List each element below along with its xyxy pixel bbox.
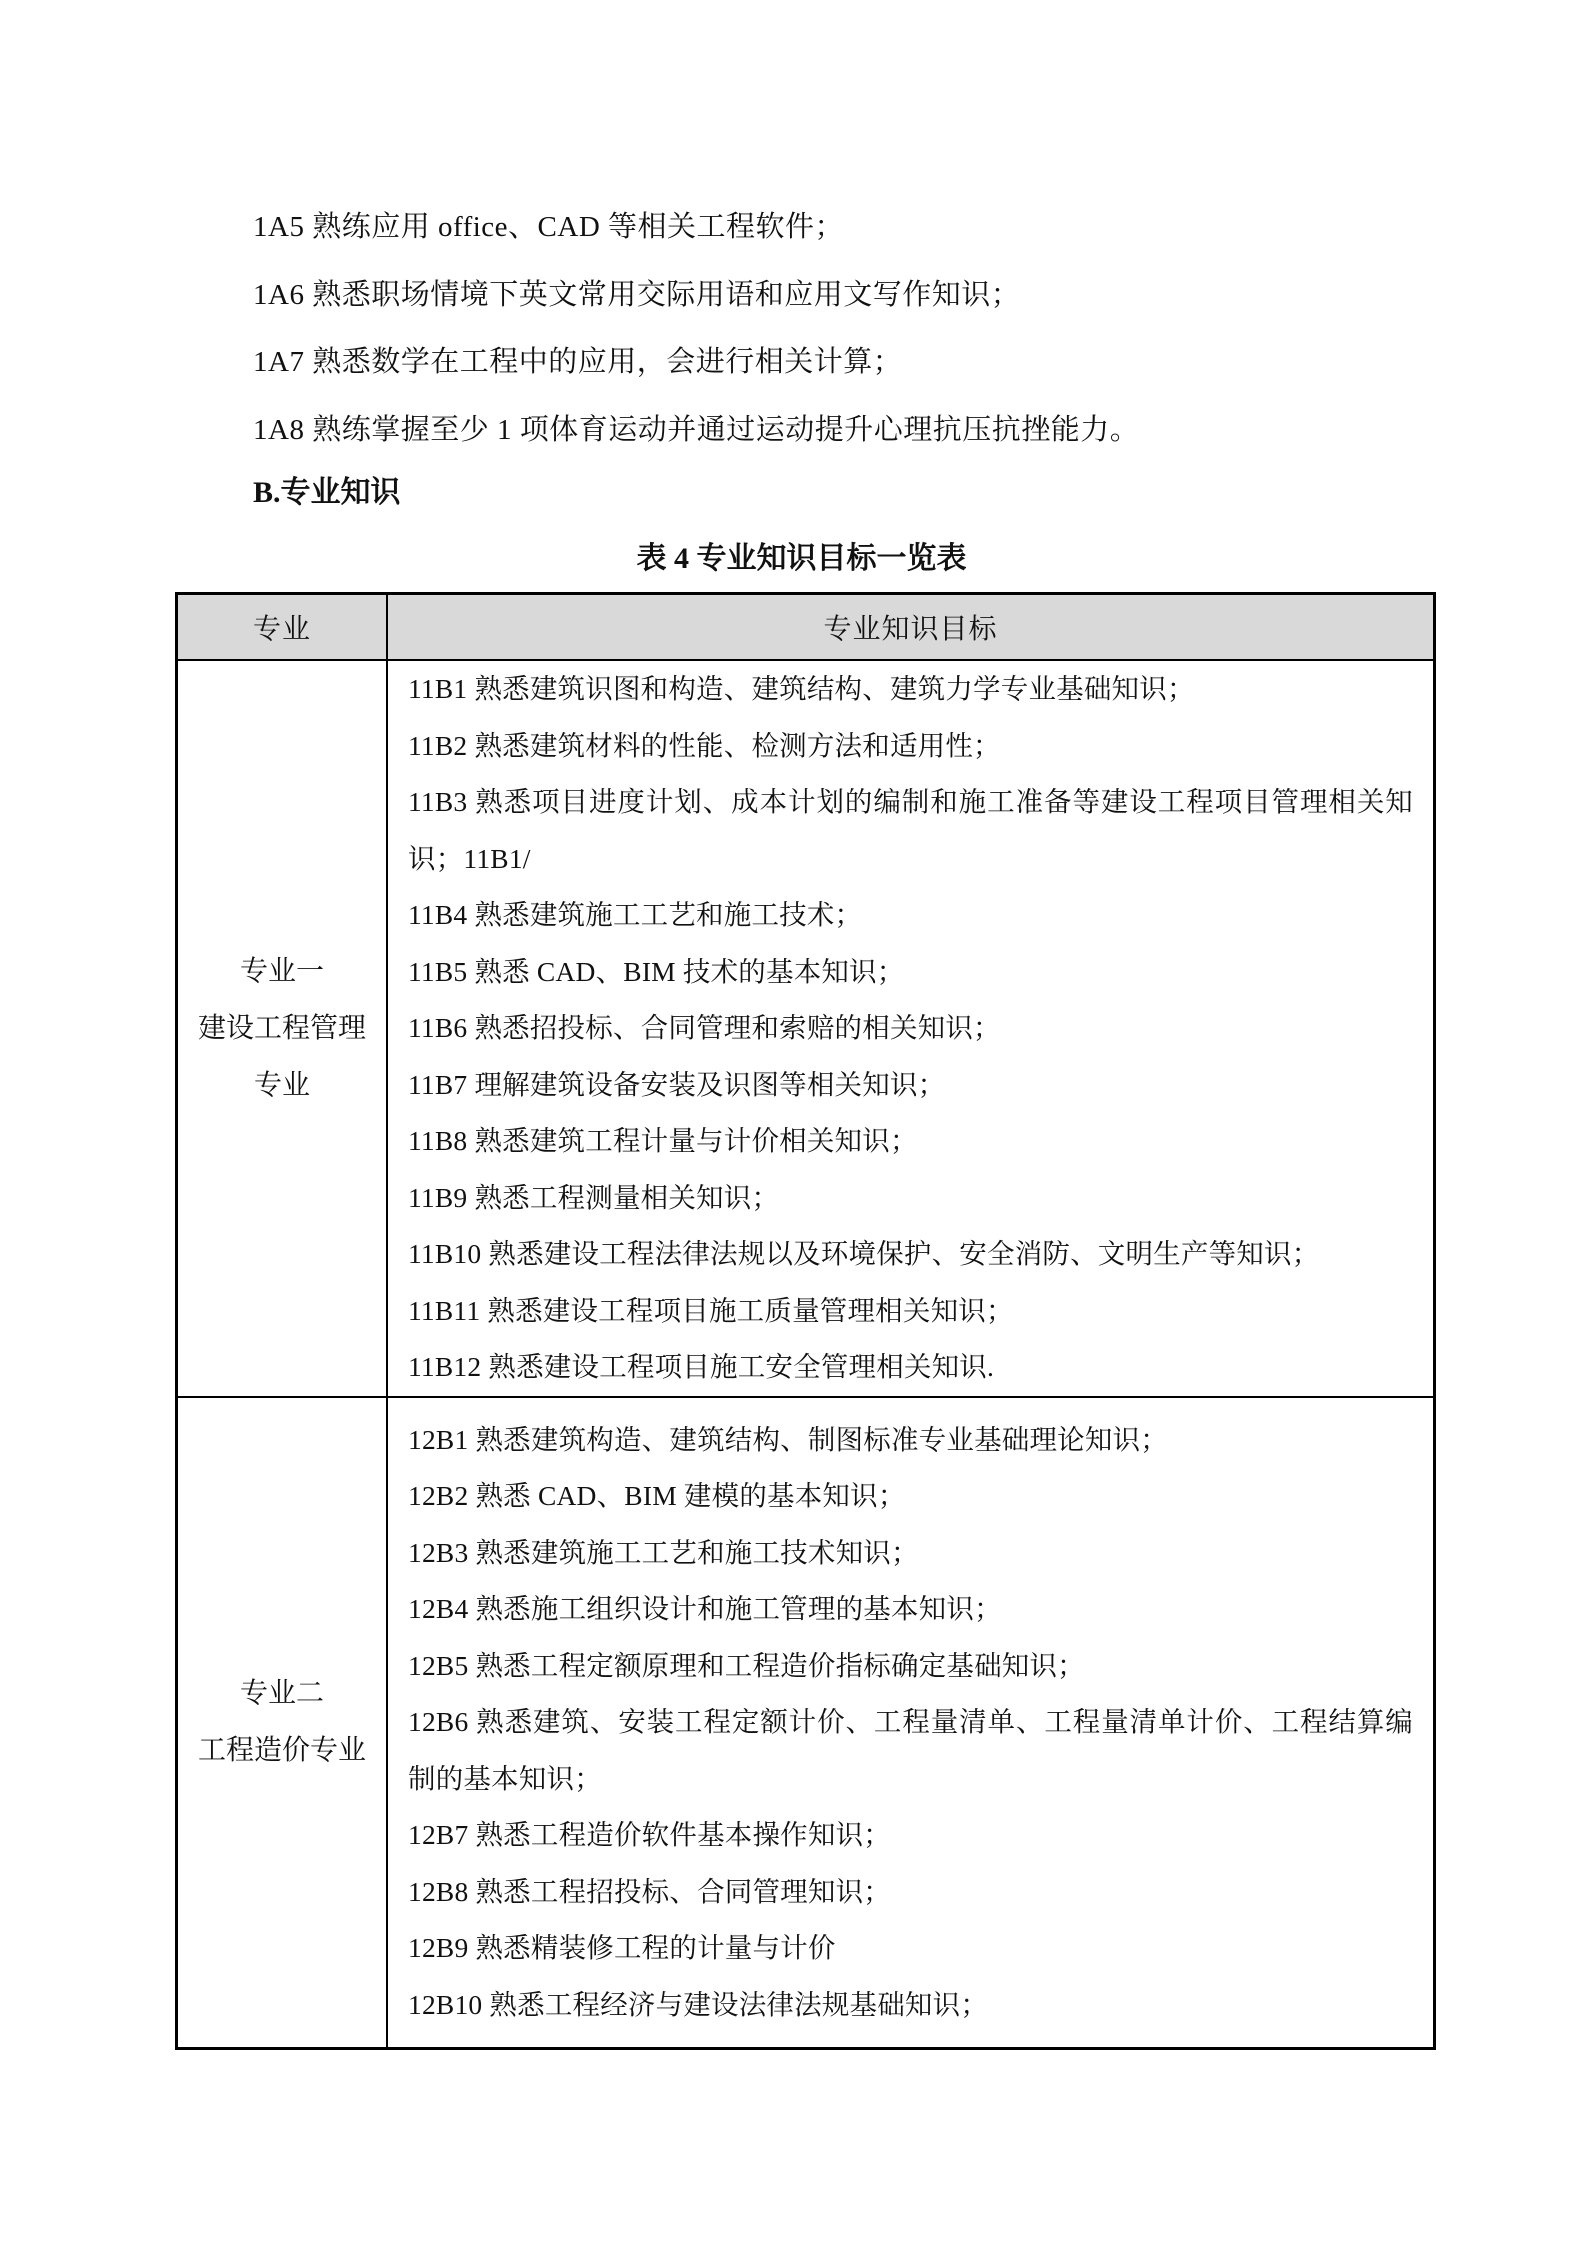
- paragraph-3: 1A7 熟悉数学在工程中的应用，会进行相关计算；: [253, 329, 1467, 397]
- objective-item: 12B7 熟悉工程造价软件基本操作知识；: [408, 1807, 1413, 1864]
- table-row-1: 专业一建设工程管理专业11B1 熟悉建筑识图和构造、建筑结构、建筑力学专业基础知…: [177, 660, 1435, 1397]
- table-body: 专业一建设工程管理专业11B1 熟悉建筑识图和构造、建筑结构、建筑力学专业基础知…: [177, 660, 1435, 2049]
- objective-item: 11B1 熟悉建筑识图和构造、建筑结构、建筑力学专业基础知识；: [408, 661, 1413, 718]
- objective-item: 11B3 熟悉项目进度计划、成本计划的编制和施工准备等建设工程项目管理相关知识；…: [408, 774, 1413, 887]
- objective-item: 12B3 熟悉建筑施工工艺和施工技术知识；: [408, 1525, 1413, 1582]
- objective-item: 12B1 熟悉建筑构造、建筑结构、制图标准专业基础理论知识；: [408, 1412, 1413, 1469]
- objective-item: 12B2 熟悉 CAD、BIM 建模的基本知识；: [408, 1468, 1413, 1525]
- objective-item: 11B10 熟悉建设工程法律法规以及环境保护、安全消防、文明生产等知识；: [408, 1226, 1413, 1283]
- objectives-cell-2: 12B1 熟悉建筑构造、建筑结构、制图标准专业基础理论知识；12B2 熟悉 CA…: [387, 1397, 1435, 2049]
- objective-item: 11B7 理解建筑设备安装及识图等相关知识；: [408, 1057, 1413, 1114]
- paragraph-1: 1A5 熟练应用 office、CAD 等相关工程软件；: [253, 194, 1467, 262]
- objective-item: 12B10 熟悉工程经济与建设法律法规基础知识；: [408, 1977, 1413, 2034]
- objective-item: 12B6 熟悉建筑、安装工程定额计价、工程量清单、工程量清单计价、工程结算编制的…: [408, 1694, 1413, 1807]
- table-caption: 表 4 专业知识目标一览表: [175, 540, 1428, 578]
- major-cell-1: 专业一建设工程管理专业: [177, 660, 388, 1397]
- objective-item: 12B4 熟悉施工组织设计和施工管理的基本知识；: [408, 1581, 1413, 1638]
- table-row-2: 专业二工程造价专业12B1 熟悉建筑构造、建筑结构、制图标准专业基础理论知识；1…: [177, 1397, 1435, 2049]
- objective-item: 11B4 熟悉建筑施工工艺和施工技术；: [408, 887, 1413, 944]
- paragraph-2: 1A6 熟悉职场情境下英文常用交际用语和应用文写作知识；: [253, 262, 1467, 330]
- header-cell-major: 专业: [177, 594, 388, 661]
- major-line: 专业一: [178, 943, 386, 1000]
- objective-item: 12B9 熟悉精装修工程的计量与计价: [408, 1920, 1413, 1977]
- objective-item: 11B12 熟悉建设工程项目施工安全管理相关知识.: [408, 1339, 1413, 1396]
- objective-item: 11B8 熟悉建筑工程计量与计价相关知识；: [408, 1113, 1413, 1170]
- major-line: 建设工程管理: [178, 1000, 386, 1057]
- objective-item: 11B11 熟悉建设工程项目施工质量管理相关知识；: [408, 1283, 1413, 1340]
- intro-paragraphs: 1A5 熟练应用 office、CAD 等相关工程软件；1A6 熟悉职场情境下英…: [253, 194, 1467, 464]
- objective-item: 12B5 熟悉工程定额原理和工程造价指标确定基础知识；: [408, 1638, 1413, 1695]
- header-cell-objectives: 专业知识目标: [387, 594, 1435, 661]
- major-line: 专业: [178, 1057, 386, 1114]
- table-header-row: 专业 专业知识目标: [177, 594, 1435, 661]
- major-line: 工程造价专业: [178, 1722, 386, 1779]
- objective-item: 11B6 熟悉招投标、合同管理和索赔的相关知识；: [408, 1000, 1413, 1057]
- objective-item: 11B9 熟悉工程测量相关知识；: [408, 1170, 1413, 1227]
- objectives-cell-1: 11B1 熟悉建筑识图和构造、建筑结构、建筑力学专业基础知识；11B2 熟悉建筑…: [387, 660, 1435, 1397]
- table-header: 专业 专业知识目标: [177, 594, 1435, 661]
- document-page: 1A5 熟练应用 office、CAD 等相关工程软件；1A6 熟悉职场情境下英…: [0, 0, 1587, 2245]
- major-cell-2: 专业二工程造价专业: [177, 1397, 388, 2049]
- objective-item: 11B5 熟悉 CAD、BIM 技术的基本知识；: [408, 944, 1413, 1001]
- objective-item: 11B2 熟悉建筑材料的性能、检测方法和适用性；: [408, 718, 1413, 775]
- knowledge-table: 专业 专业知识目标 专业一建设工程管理专业11B1 熟悉建筑识图和构造、建筑结构…: [175, 592, 1436, 2050]
- major-line: 专业二: [178, 1665, 386, 1722]
- objective-item: 12B8 熟悉工程招投标、合同管理知识；: [408, 1864, 1413, 1921]
- paragraph-4: 1A8 熟练掌握至少 1 项体育运动并通过运动提升心理抗压抗挫能力。: [253, 397, 1467, 465]
- section-heading: B.专业知识: [253, 474, 401, 512]
